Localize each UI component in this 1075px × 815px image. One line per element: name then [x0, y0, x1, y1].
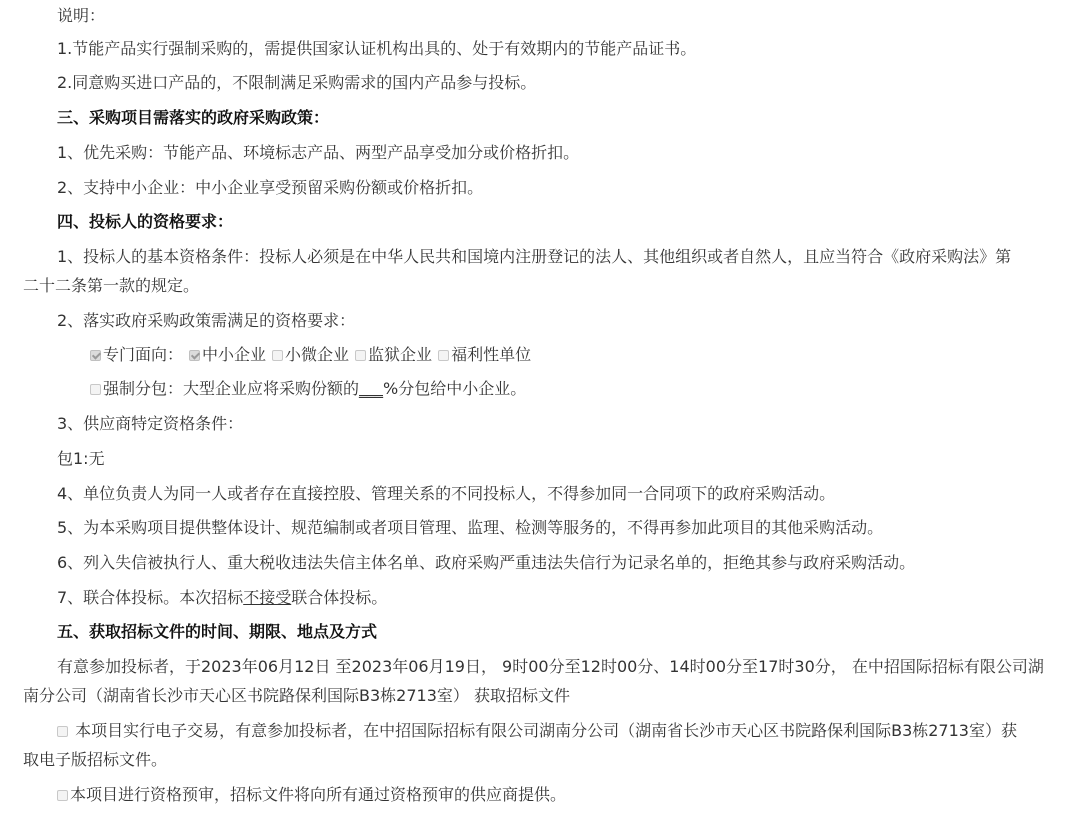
section-4-item-6: 6、列入失信被执行人、重大税收违法失信主体名单、政府采购严重违法失信行为记录名单…: [57, 552, 915, 574]
prequalification-row: 本项目进行资格预审，招标文件将向所有通过资格预审的供应商提供。: [57, 784, 566, 806]
section-4-item-7: 7、联合体投标。本次招标不接受联合体投标。: [57, 587, 387, 609]
section-5-para-1-line-1: 有意参加投标者，于2023年06月12日 至2023年06月19日， 9时00分…: [57, 656, 1044, 678]
section-5-para-1-line-2: 南分公司（湖南省长沙市天心区书院路保利国际B3栋2713室） 获取招标文件: [23, 685, 570, 707]
item-7-underlined: 不接受: [243, 588, 291, 607]
micro-enterprise-label: 小微企业: [285, 345, 349, 364]
section-4-item-4: 4、单位负责人为同一人或者存在直接控股、管理关系的不同投标人，不得参加同一合同项…: [57, 483, 835, 505]
section-4-item-1-line-1: 1、投标人的基本资格条件：投标人必须是在中华人民共和国境内注册登记的法人、其他组…: [57, 246, 1011, 268]
special-targeting-checkbox[interactable]: [90, 350, 101, 361]
item-7-prefix: 7、联合体投标。本次招标: [57, 588, 243, 607]
subcontract-percent-blank: ___: [359, 379, 383, 398]
welfare-unit-checkbox[interactable]: [438, 350, 449, 361]
welfare-unit-label: 福利性单位: [451, 345, 531, 364]
mandatory-subcontract-row: 强制分包：大型企业应将采购份额的___%分包给中小企业。: [90, 378, 526, 400]
subcontract-prefix: 强制分包：大型企业应将采购份额的: [103, 379, 359, 398]
section-4-item-3: 3、供应商特定资格条件：: [57, 413, 243, 435]
section-4-item-5: 5、为本采购项目提供整体设计、规范编制或者项目管理、监理、检测等服务的，不得再参…: [57, 517, 883, 539]
tender-document: 说明： 1.节能产品实行强制采购的，需提供国家认证机构出具的、处于有效期内的节能…: [0, 0, 1075, 815]
electronic-trading-row: 本项目实行电子交易，有意参加投标者，在中招国际招标有限公司湖南分公司（湖南省长沙…: [57, 720, 1017, 742]
package-1-condition: 包1:无: [57, 448, 105, 470]
electronic-trading-line-2: 取电子版招标文件。: [23, 749, 167, 771]
section-5-heading: 五、获取招标文件的时间、期限、地点及方式: [57, 621, 377, 643]
note-label: 说明：: [57, 5, 105, 27]
special-targeting-label: 专门面向：: [103, 345, 183, 364]
section-4-item-1-line-2: 二十二条第一款的规定。: [23, 275, 199, 297]
subcontract-suffix: %分包给中小企业。: [383, 379, 526, 398]
item-7-suffix: 联合体投标。: [291, 588, 387, 607]
electronic-trading-text: 本项目实行电子交易，有意参加投标者，在中招国际招标有限公司湖南分公司（湖南省长沙…: [70, 721, 1017, 740]
prequalification-text: 本项目进行资格预审，招标文件将向所有通过资格预审的供应商提供。: [70, 785, 566, 804]
electronic-trading-checkbox[interactable]: [57, 726, 68, 737]
prison-enterprise-label: 监狱企业: [368, 345, 432, 364]
section-3-item-1: 1、优先采购：节能产品、环境标志产品、两型产品享受加分或价格折扣。: [57, 142, 579, 164]
note-item-1: 1.节能产品实行强制采购的，需提供国家认证机构出具的、处于有效期内的节能产品证书…: [57, 38, 696, 60]
mandatory-subcontract-checkbox[interactable]: [90, 384, 101, 395]
sme-label: 中小企业: [202, 345, 266, 364]
section-4-item-2: 2、落实政府采购政策需满足的资格要求：: [57, 310, 355, 332]
section-4-heading: 四、投标人的资格要求：: [57, 211, 233, 233]
micro-enterprise-checkbox[interactable]: [272, 350, 283, 361]
note-item-2: 2.同意购买进口产品的，不限制满足采购需求的国内产品参与投标。: [57, 72, 536, 94]
prison-enterprise-checkbox[interactable]: [355, 350, 366, 361]
prequalification-checkbox[interactable]: [57, 790, 68, 801]
special-targeting-row: 专门面向：中小企业小微企业监狱企业福利性单位: [90, 344, 531, 366]
section-3-heading: 三、采购项目需落实的政府采购政策：: [57, 107, 329, 129]
sme-checkbox[interactable]: [189, 350, 200, 361]
section-3-item-2: 2、支持中小企业：中小企业享受预留采购份额或价格折扣。: [57, 177, 483, 199]
